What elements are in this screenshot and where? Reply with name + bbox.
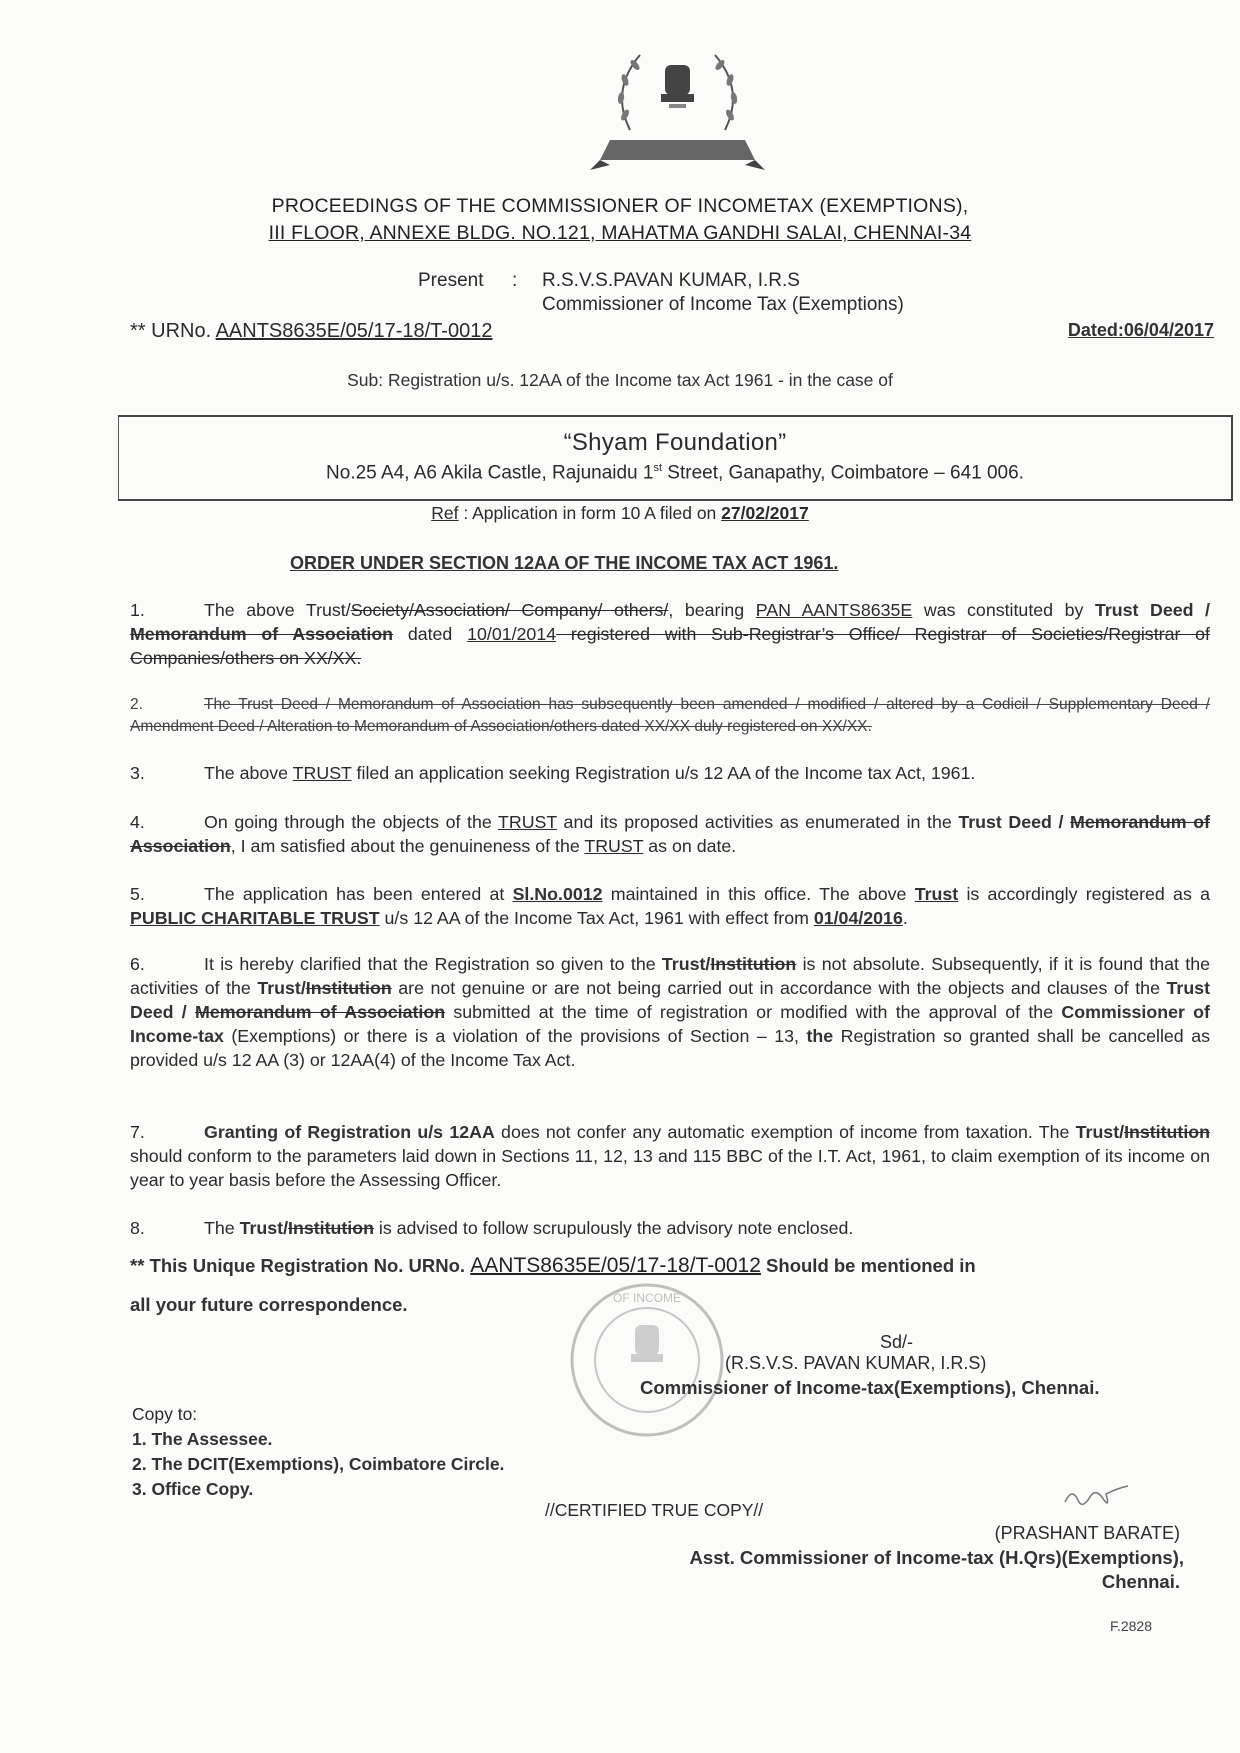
certifier-city: Chennai. bbox=[1102, 1571, 1180, 1593]
urno-line: ** URNo. AANTS8635E/05/17-18/T-0012 bbox=[130, 320, 492, 343]
paragraph-2-struck: 2.The Trust Deed / Memorandum of Associa… bbox=[130, 694, 1210, 738]
office-address: III FLOOR, ANNEXE BLDG. NO.121, MAHATMA … bbox=[0, 222, 1240, 245]
paragraph-5: 5.The application has been entered at Sl… bbox=[130, 882, 1210, 930]
paragraph-1: 1.The above Trust/Society/Association/ C… bbox=[130, 598, 1210, 670]
reference-line: Ref : Application in form 10 A filed on … bbox=[0, 503, 1240, 524]
urno-note-line2: all your future correspondence. bbox=[130, 1294, 408, 1316]
order-date: Dated:06/04/2017 bbox=[1068, 320, 1214, 341]
present-title: Commissioner of Income Tax (Exemptions) bbox=[542, 294, 904, 316]
form-number: F.2828 bbox=[1110, 1618, 1152, 1634]
copy-to-label: Copy to: bbox=[132, 1404, 197, 1425]
commissioner-seal-icon: OF INCOME bbox=[565, 1280, 730, 1440]
copy-to-item: 2. The DCIT(Exemptions), Coimbatore Circ… bbox=[132, 1454, 504, 1475]
present-name: R.S.V.S.PAVAN KUMAR, I.R.S bbox=[542, 270, 800, 292]
urno-note: ** This Unique Registration No. URNo. AA… bbox=[130, 1254, 976, 1278]
certifier-title: Asst. Commissioner of Income-tax (H.Qrs)… bbox=[690, 1547, 1184, 1569]
urno-prefix: ** URNo. bbox=[130, 320, 216, 342]
handwritten-initials-icon bbox=[1060, 1482, 1130, 1516]
assessee-box: “Shyam Foundation” No.25 A4, A6 Akila Ca… bbox=[118, 415, 1233, 501]
present-colon: : bbox=[512, 270, 517, 292]
signatory-name: (R.S.V.S. PAVAN KUMAR, I.R.S) bbox=[725, 1353, 986, 1374]
order-title: ORDER UNDER SECTION 12AA OF THE INCOME T… bbox=[290, 553, 838, 574]
assessee-address: No.25 A4, A6 Akila Castle, Rajunaidu 1st… bbox=[119, 462, 1231, 484]
paragraph-7: 7.Granting of Registration u/s 12AA does… bbox=[130, 1120, 1210, 1192]
svg-text:OF INCOME: OF INCOME bbox=[613, 1291, 681, 1305]
copy-to-item: 1. The Assessee. bbox=[132, 1429, 272, 1450]
certifier-name: (PRASHANT BARATE) bbox=[995, 1523, 1180, 1544]
certified-true-copy: //CERTIFIED TRUE COPY// bbox=[545, 1500, 763, 1521]
copy-to-item: 3. Office Copy. bbox=[132, 1479, 253, 1500]
subject-line: Sub: Registration u/s. 12AA of the Incom… bbox=[0, 370, 1240, 391]
signatory-title: Commissioner of Income-tax(Exemptions), … bbox=[640, 1377, 1100, 1399]
present-label: Present bbox=[418, 270, 483, 292]
paragraph-6: 6.It is hereby clarified that the Regist… bbox=[130, 952, 1210, 1072]
income-tax-emblem-icon bbox=[585, 30, 770, 180]
assessee-name: “Shyam Foundation” bbox=[119, 429, 1231, 457]
office-heading: PROCEEDINGS OF THE COMMISSIONER OF INCOM… bbox=[0, 195, 1240, 218]
paragraph-4: 4.On going through the objects of the TR… bbox=[130, 810, 1210, 858]
urno-value: AANTS8635E/05/17-18/T-0012 bbox=[216, 320, 493, 342]
signed-mark: Sd/- bbox=[880, 1332, 913, 1353]
paragraph-3: 3.The above TRUST filed an application s… bbox=[130, 761, 1210, 785]
paragraph-8: 8.The Trust/Institution is advised to fo… bbox=[130, 1216, 1210, 1240]
